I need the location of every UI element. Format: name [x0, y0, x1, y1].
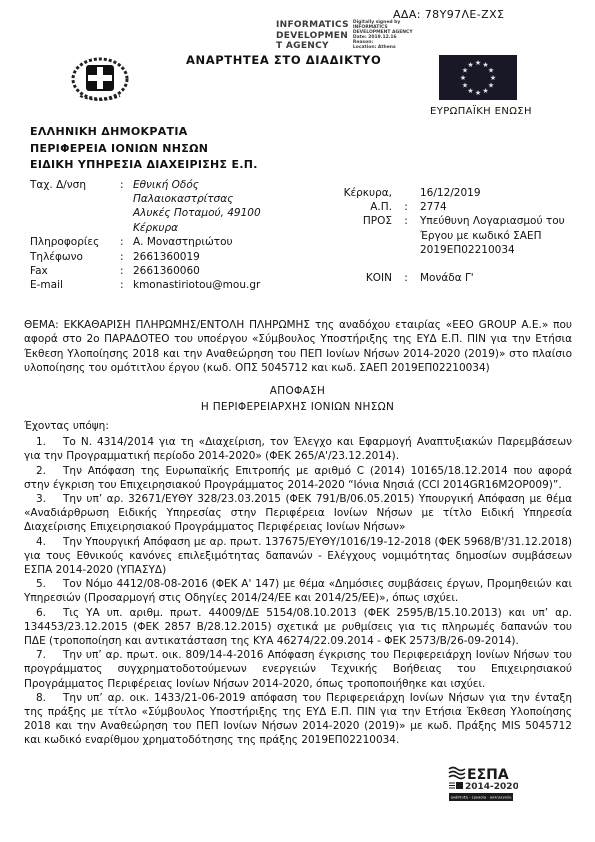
- consideration-item: 7.Την υπ’ αρ. πρωτ. οικ. 809/14-4-2016 Α…: [24, 648, 572, 691]
- item-number: 6.: [36, 606, 63, 620]
- svg-text:★: ★: [467, 61, 473, 69]
- svg-text:★: ★: [482, 87, 488, 95]
- svg-text:★: ★: [475, 89, 481, 97]
- svg-text:2014-2020: 2014-2020: [465, 782, 518, 792]
- svg-text:★: ★: [462, 82, 468, 90]
- svg-text:★: ★: [488, 82, 494, 90]
- sender-row-email: E-mail : kmonastiriotou@mou.gr: [30, 278, 320, 292]
- item-text: Την υπ’ αρ. πρωτ. οικ. 809/14-4-2016 Από…: [24, 649, 572, 689]
- svg-text:★: ★: [467, 87, 473, 95]
- meta-row-to: ΠΡΟΣ : Υπεύθυνη Λογαριασμού του: [330, 214, 586, 228]
- digital-signature-stamp: INFORMATICS DEVELOPMEN T AGENCY Digitall…: [276, 20, 443, 52]
- item-number: 8.: [36, 691, 63, 705]
- decision-title: ΑΠΟΦΑΣΗ: [0, 383, 595, 399]
- item-number: 2.: [36, 464, 63, 478]
- meta-row-date: Κέρκυρα, 16/12/2019: [330, 186, 586, 200]
- meta-row-to: 2019ΕΠ02210034: [330, 243, 586, 257]
- sender-row-contact: Πληροφορίες : Α. Μοναστηριώτου: [30, 235, 320, 249]
- espa-tagline: ανάπτυξη - εργασία - αλληλεγγύη: [451, 796, 512, 800]
- sender-row-address: Κέρκυρα: [30, 221, 320, 235]
- meta-block: Κέρκυρα, 16/12/2019 Α.Π. : 2774 ΠΡΟΣ : Υ…: [330, 186, 586, 285]
- meta-row-protocol: Α.Π. : 2774: [330, 200, 586, 214]
- sender-service: ΕΙΔΙΚΗ ΥΠΗΡΕΣΙΑ ΔΙΑΧΕΙΡΙΣΗΣ Ε.Π.: [30, 157, 320, 174]
- document-page: ΑΔΑ: 78Υ97ΛΕ-ΖΧΣ INFORMATICS DEVELOPMEN …: [0, 0, 595, 842]
- subject-paragraph: ΘΕΜΑ: ΕΚΚΑΘΑΡΙΣΗ ΠΛΗΡΩΜΗΣ/ΕΝΤΟΛΗ ΠΛΗΡΩΜΗ…: [24, 318, 572, 375]
- sender-row-address: Ταχ. Δ/νση : Εθνική Οδός: [30, 178, 320, 192]
- consideration-item: 5.Τον Νόμο 4412/08-08-2016 (ΦΕΚ Α' 147) …: [24, 577, 572, 605]
- item-number: 3.: [36, 492, 63, 506]
- meta-row-cc: ΚΟΙΝ : Μονάδα Γ': [330, 271, 586, 285]
- sender-row-address: Αλυκές Ποταμού, 49100: [30, 206, 320, 220]
- sender-row-fax: Fax : 2661360060: [30, 264, 320, 278]
- item-number: 7.: [36, 648, 63, 662]
- item-text: Την Υπουργική Απόφαση με αρ. πρωτ. 13767…: [24, 536, 572, 576]
- consideration-item: 6.Τις ΥΑ υπ. αριθμ. πρωτ. 44009/ΔΕ 5154/…: [24, 606, 572, 649]
- internet-posting-banner: ΑΝΑΡΤΗΤΕΑ ΣΤΟ ΔΙΑΔΙΚΤΥΟ: [186, 53, 381, 67]
- item-number: 5.: [36, 577, 63, 591]
- sender-state: ΕΛΛΗΝΙΚΗ ΔΗΜΟΚΡΑΤΙΑ: [30, 124, 320, 141]
- item-text: Τις ΥΑ υπ. αριθμ. πρωτ. 44009/ΔΕ 5154/08…: [24, 607, 572, 647]
- considerations-list: Έχοντας υπόψη: 1.Το Ν. 4314/2014 για τη …: [24, 419, 572, 748]
- eu-block: ★★★ ★★★ ★★★ ★★★ ΕΥΡΩΠΑΪΚΗ ΕΝΩΣΗ: [430, 55, 526, 117]
- item-text: Τον Νόμο 4412/08-08-2016 (ΦΕΚ Α' 147) με…: [24, 578, 572, 604]
- item-number: 1.: [36, 435, 63, 449]
- svg-text:★: ★: [475, 59, 481, 67]
- consideration-item: 3.Την υπ’ αρ. 32671/ΕΥΘΥ 328/23.03.2015 …: [24, 492, 572, 535]
- consideration-item: 1.Το Ν. 4314/2014 για τη «Διαχείριση, το…: [24, 435, 572, 463]
- sender-row-address: Παλαιοκαστρίτσας: [30, 192, 320, 206]
- espa-logo-icon: ΕΣΠΑ 2014-2020 ανάπτυξη - εργασία - αλλη…: [448, 765, 518, 802]
- eu-caption: ΕΥΡΩΠΑΪΚΗ ΕΝΩΣΗ: [430, 106, 526, 117]
- sender-region: ΠΕΡΙΦΕΡΕΙΑ ΙΟΝΙΩΝ ΝΗΣΩΝ: [30, 141, 320, 158]
- item-text: Την υπ’ αρ. οικ. 1433/21-06-2019 απόφαση…: [24, 692, 572, 747]
- item-text: Το Ν. 4314/2014 για τη «Διαχείριση, τον …: [24, 436, 572, 462]
- svg-text:★: ★: [460, 74, 466, 82]
- item-text: Την υπ’ αρ. 32671/ΕΥΘΥ 328/23.03.2015 (Φ…: [24, 493, 572, 533]
- greek-coat-of-arms-icon: [68, 56, 132, 108]
- decision-heading: ΑΠΟΦΑΣΗ Η ΠΕΡΙΦΕΡΕΙΑΡΧΗΣ ΙΟΝΙΩΝ ΝΗΣΩΝ: [0, 383, 595, 415]
- stamp-signature-details: Digitally signed by INFORMATICS DEVELOPM…: [353, 20, 443, 52]
- decision-subtitle: Η ΠΕΡΙΦΕΡΕΙΑΡΧΗΣ ΙΟΝΙΩΝ ΝΗΣΩΝ: [0, 399, 595, 415]
- consideration-item: 4.Την Υπουργική Απόφαση με αρ. πρωτ. 137…: [24, 535, 572, 578]
- sender-block: ΕΛΛΗΝΙΚΗ ΔΗΜΟΚΡΑΤΙΑ ΠΕΡΙΦΕΡΕΙΑ ΙΟΝΙΩΝ ΝΗ…: [30, 124, 320, 293]
- item-number: 4.: [36, 535, 63, 549]
- eu-flag-icon: ★★★ ★★★ ★★★ ★★★: [439, 55, 517, 100]
- stamp-agency-text: INFORMATICS DEVELOPMEN T AGENCY: [276, 20, 349, 52]
- svg-text:ΕΣΠΑ: ΕΣΠΑ: [467, 767, 509, 783]
- item-text: Την Απόφαση της Ευρωπαϊκής Επιτροπής με …: [24, 465, 572, 491]
- consideration-item: 2.Την Απόφαση της Ευρωπαϊκής Επιτροπής μ…: [24, 464, 572, 492]
- meta-row-to: Έργου με κωδικό ΣΑΕΠ: [330, 229, 586, 243]
- sender-row-phone: Τηλέφωνο : 2661360019: [30, 250, 320, 264]
- preamble: Έχοντας υπόψη:: [24, 419, 572, 433]
- consideration-item: 8.Την υπ’ αρ. οικ. 1433/21-06-2019 απόφα…: [24, 691, 572, 748]
